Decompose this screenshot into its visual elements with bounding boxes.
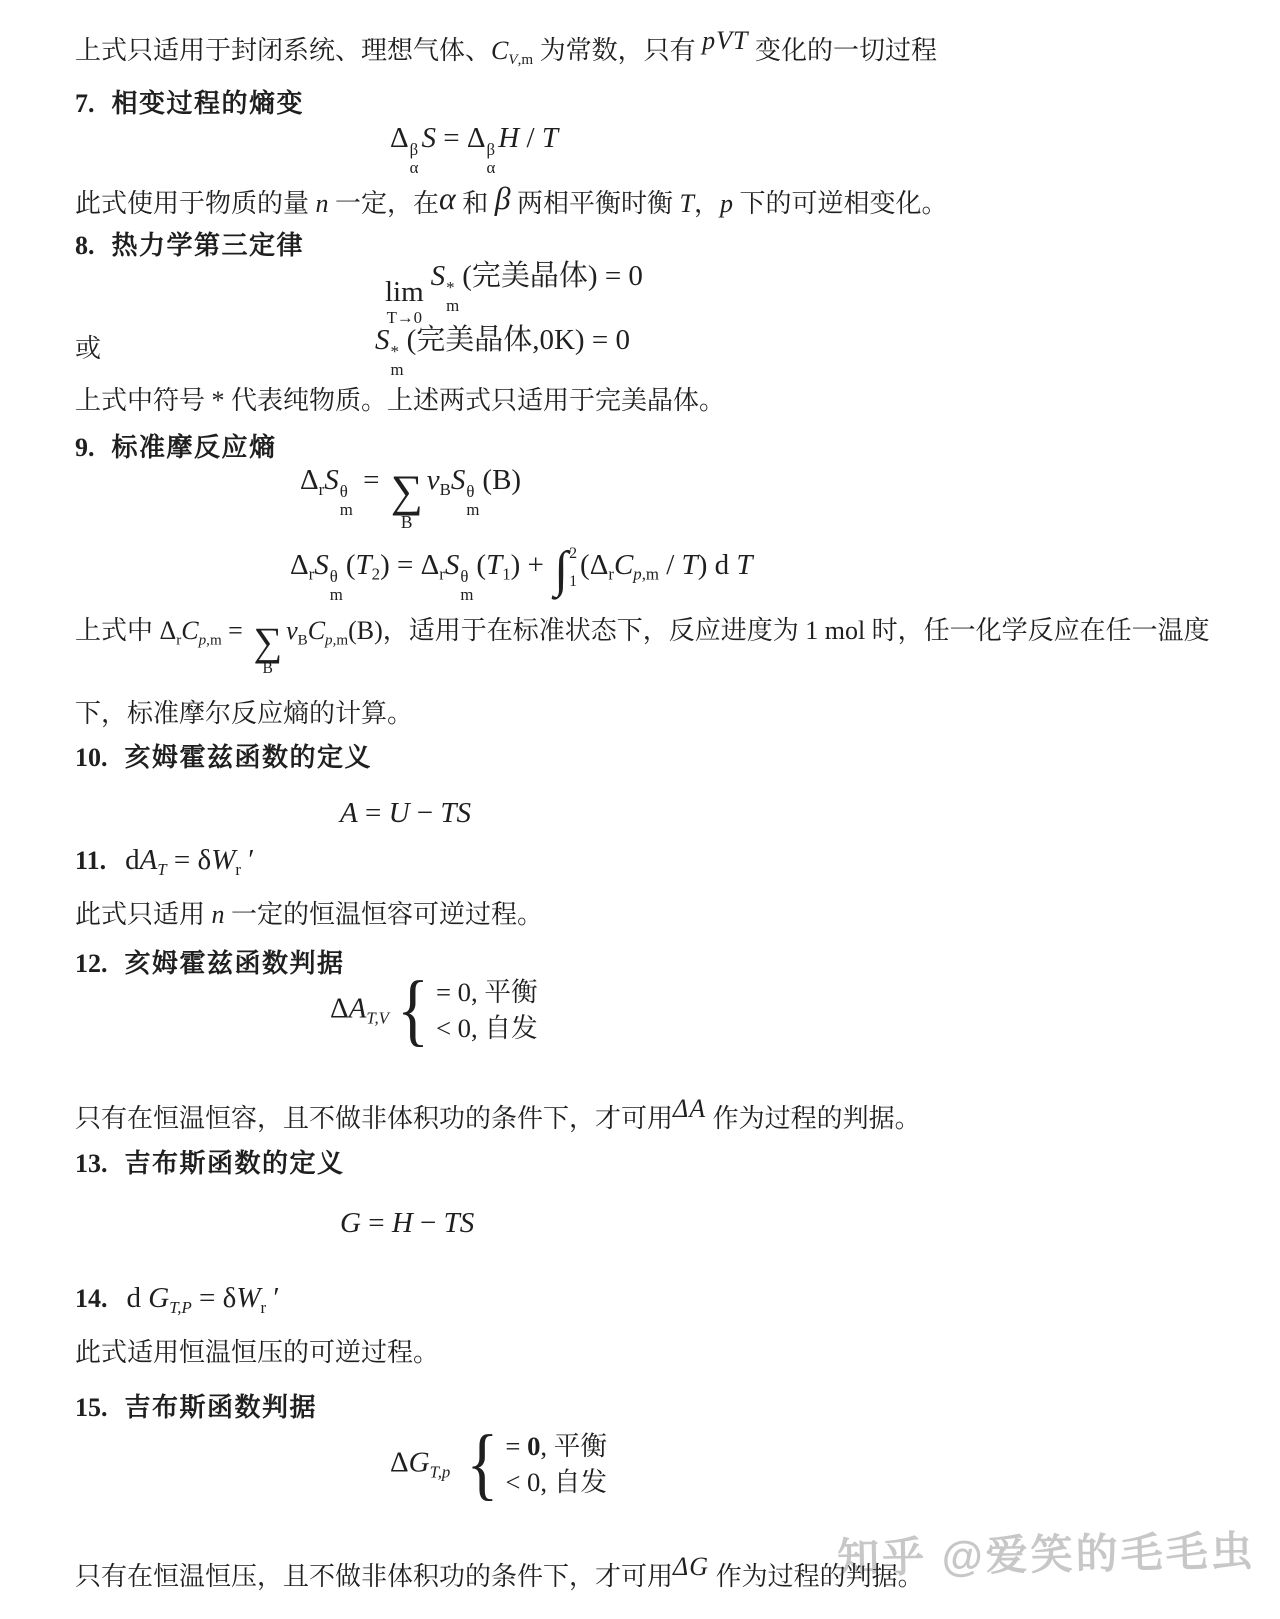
formula: ΔrSθm = ∑BνBSθm(B) — [300, 462, 521, 530]
heading-formula: dAT = δWr ′ — [125, 844, 254, 876]
document-page: 知乎 @爱笑的毛毛虫 上式只适用于封闭系统、理想气体、CV,m 为常数，只有 p… — [0, 0, 1280, 1619]
section-heading: 11.dAT = δWr ′ — [75, 840, 255, 881]
heading-number: 13. — [75, 1149, 108, 1178]
heading-number: 7. — [75, 89, 95, 118]
heading-title: 亥姆霍兹函数的定义 — [125, 743, 373, 772]
heading-title: 标准摩反应熵 — [112, 433, 277, 462]
section-heading: 9.标准摩反应熵 — [75, 430, 277, 466]
formula: ΔrSθm(T2) = ΔrSθm(T1) + ∫21(ΔrCp,m / T) … — [290, 545, 753, 603]
heading-number: 15. — [75, 1393, 108, 1422]
section-heading: 13.吉布斯函数的定义 — [75, 1146, 345, 1182]
paragraph: 上式中 ΔrCp,m = ∑BνBCp,m(B)，适用于在标准状态下，反应进度为… — [75, 612, 1210, 677]
heading-formula: d GT,P = δWr ′ — [127, 1282, 280, 1314]
paragraph: 此式只适用 n 一定的恒温恒容可逆过程。 — [75, 896, 543, 934]
heading-title: 相变过程的熵变 — [112, 89, 305, 118]
heading-number: 12. — [75, 949, 108, 978]
or-label: 或 — [75, 330, 101, 368]
formula: G = H − TS — [340, 1205, 474, 1243]
section-heading: 10.亥姆霍兹函数的定义 — [75, 740, 372, 776]
section-heading: 7.相变过程的熵变 — [75, 86, 304, 122]
formula: ΔβαS = ΔβαH / T — [390, 120, 558, 176]
paragraph: 只有在恒温恒容，且不做非体积功的条件下，才可用ΔA 作为过程的判据。 — [75, 1090, 921, 1138]
heading-title: 吉布斯函数的定义 — [125, 1149, 345, 1178]
heading-title: 亥姆霍兹函数判据 — [125, 949, 345, 978]
heading-number: 10. — [75, 743, 108, 772]
paragraph: 上式只适用于封闭系统、理想气体、CV,m 为常数，只有 pVT 变化的一切过程 — [75, 22, 937, 72]
heading-number: 9. — [75, 433, 95, 462]
paragraph: 此式使用于物质的量 n 一定，在α 和 β 两相平衡时衡 T，p 下的可逆相变化… — [75, 176, 948, 223]
paragraph: 下，标准摩尔反应熵的计算。 — [75, 695, 413, 733]
formula: S*m(完美晶体,0K) = 0 — [375, 322, 630, 378]
heading-number: 8. — [75, 231, 95, 260]
heading-title: 热力学第三定律 — [112, 231, 305, 260]
formula: limT→0S*m(完美晶体) = 0 — [385, 258, 643, 327]
formula: ΔAT,V{= 0, 平衡< 0, 自发 — [330, 978, 538, 1044]
heading-number: 14. — [75, 1284, 108, 1313]
paragraph: 只有在恒温恒压，且不做非体积功的条件下，才可用ΔG 作为过程的判据。 — [75, 1548, 924, 1596]
formula: A = U − TS — [340, 795, 471, 833]
section-heading: 12.亥姆霍兹函数判据 — [75, 946, 345, 982]
heading-number: 11. — [75, 846, 106, 875]
section-heading: 8.热力学第三定律 — [75, 228, 304, 264]
section-heading: 15.吉布斯函数判据 — [75, 1390, 317, 1426]
heading-title: 吉布斯函数判据 — [125, 1393, 318, 1422]
formula: ΔGT,p{= 0, 平衡< 0, 自发 — [390, 1432, 607, 1498]
paragraph: 上式中符号 * 代表纯物质。上述两式只适用于完美晶体。 — [75, 382, 725, 420]
section-heading: 14.d GT,P = δWr ′ — [75, 1278, 280, 1319]
paragraph: 此式适用恒温恒压的可逆过程。 — [75, 1334, 439, 1372]
